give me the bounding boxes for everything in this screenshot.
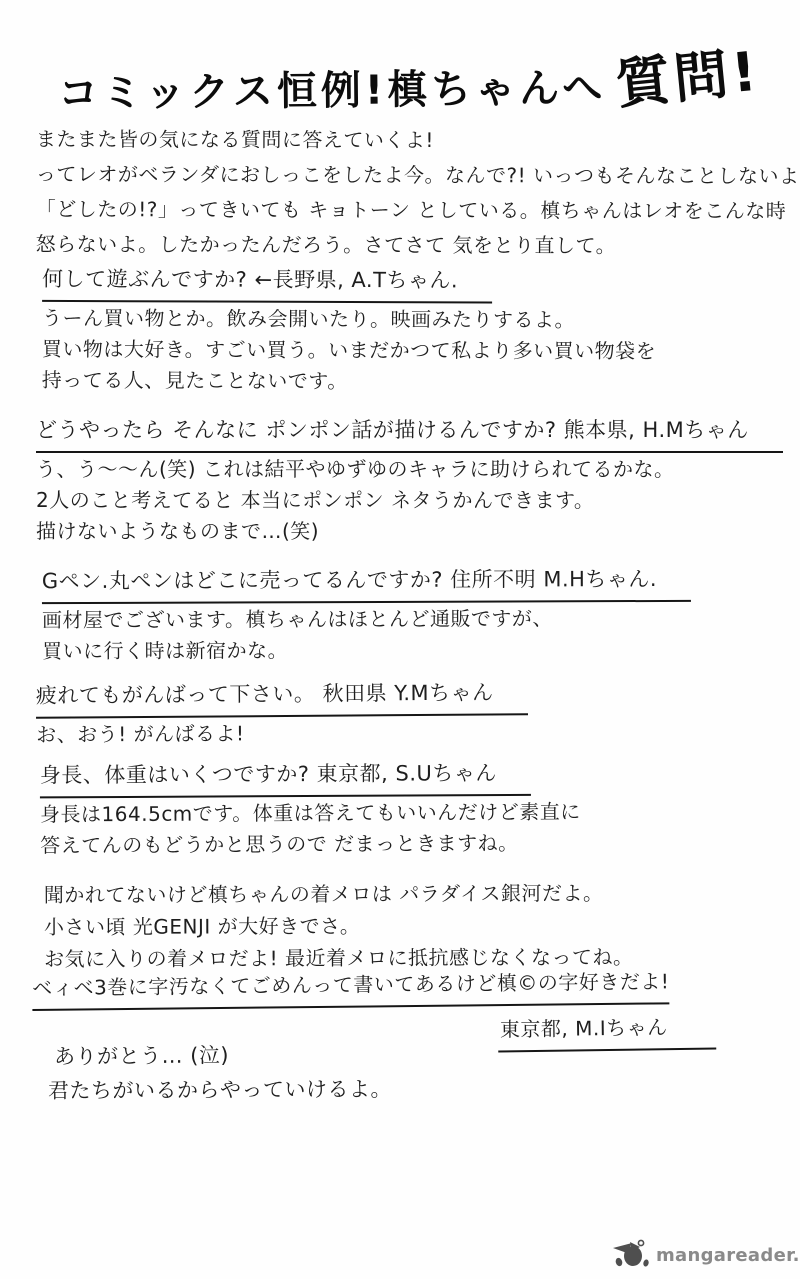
question-text: 何して遊ぶんですか? ←長野県, A.Tちゃん. xyxy=(42,263,492,304)
watermark: mangareader.net xyxy=(610,1238,800,1272)
question-text: 身長、体重はいくつですか? 東京都, S.Uちゃん xyxy=(40,757,531,799)
question-line: 身長、体重はいくつですか? 東京都, S.Uちゃん xyxy=(40,757,581,800)
page-title-main: コミックス恒例!槙ちゃんへ xyxy=(58,65,607,117)
question-text: 疲れてもがんばって下さい。 秋田県 Y.Mちゃん xyxy=(36,676,528,718)
answer-line: 答えてんのもどうかと思うので だまっときますね。 xyxy=(40,828,581,862)
qa-block: 疲れてもがんばって下さい。 秋田県 Y.Mちゃん お、おう! がんばるよ! xyxy=(36,676,528,750)
answer-line: う、う〜〜ん(笑) これは結平やゆずゆのキャラに助けられてるかな。 xyxy=(36,454,783,485)
intro-paragraph: またまた皆の気になる質問に答えていくよ! ってレオがベランダにおしっこをしたよ今… xyxy=(36,122,800,264)
answer-line: 2人のこと考えてると 本当にポンポン ネタうかんできます。 xyxy=(36,485,783,516)
question-text: どうやったら そんなに ポンポン話が描けるんですか? 熊本県, H.Mちゃん xyxy=(36,414,783,453)
attribution-text: 東京都, M.Iちゃん xyxy=(498,1010,716,1052)
fan-comment-text: ベィベ3巻に字汚なくてごめんって書いてあるけど槙©の字好きだよ! xyxy=(32,965,670,1011)
answer-line: お、おう! がんばるよ! xyxy=(36,716,528,750)
qa-block: 身長、体重はいくつですか? 東京都, S.Uちゃん 身長は164.5cmです。体… xyxy=(40,757,581,862)
mangareader-logo-icon xyxy=(610,1238,652,1272)
qa-block: どうやったら そんなに ポンポン話が描けるんですか? 熊本県, H.Mちゃん う… xyxy=(36,414,783,547)
closing-line: 君たちがいるからやっていけるよ。 xyxy=(48,1073,392,1105)
qa-block: Gペン.丸ペンはどこに売ってるんですか? 住所不明 M.Hちゃん. 画材屋でござ… xyxy=(42,563,692,667)
question-text: Gペン.丸ペンはどこに売ってるんですか? 住所不明 M.Hちゃん. xyxy=(42,563,691,604)
answer-line: 画材屋でございます。槙ちゃんはほとんど通販ですが、 xyxy=(42,603,691,636)
question-line: どうやったら そんなに ポンポン話が描けるんですか? 熊本県, H.Mちゃん xyxy=(36,414,783,454)
answer-line: うーん買い物とか。飲み会開いたり。映画みたりするよ。 xyxy=(42,303,656,336)
page-title: コミックス恒例!槙ちゃんへ質問! xyxy=(58,39,762,123)
answer-line: 身長は164.5cmです。体重は答えてもいいんだけど素直に xyxy=(40,797,581,831)
manga-scan-page: コミックス恒例!槙ちゃんへ質問! またまた皆の気になる質問に答えていくよ! って… xyxy=(0,0,800,1279)
free-talk-paragraph: 聞かれてないけど槙ちゃんの着メロは パラダイス銀河だよ。 小さい頃 光GENJI… xyxy=(44,877,634,975)
intro-line: ってレオがベランダにおしっこをしたよ今。なんで?! いっつもそんなことしないよ。 xyxy=(36,157,800,194)
intro-line: 「どしたの!?」ってきいても キョトーン としている。槙ちゃんはレオをこんな時 xyxy=(36,192,800,229)
closing-line: ありがとう… (泣) xyxy=(54,1039,229,1071)
answer-line: 買い物は大好き。すごい買う。いまだかつて私より多い買い物袋を xyxy=(42,334,656,367)
free-talk-line: 聞かれてないけど槙ちゃんの着メロは パラダイス銀河だよ。 xyxy=(44,877,633,911)
qa-block: 何して遊ぶんですか? ←長野県, A.Tちゃん. うーん買い物とか。飲み会開いた… xyxy=(42,263,657,398)
page-title-emphasis: 質問! xyxy=(612,29,763,120)
free-talk-line: 小さい頃 光GENJI が大好きでさ。 xyxy=(44,909,633,943)
fan-comment-line: ベィベ3巻に字汚なくてごめんって書いてあるけど槙©の字好きだよ! xyxy=(32,965,670,1011)
answer-line: 買いに行く時は新宿かな。 xyxy=(42,634,691,667)
question-line: 疲れてもがんばって下さい。 秋田県 Y.Mちゃん xyxy=(36,676,528,719)
fan-comment-attribution: 東京都, M.Iちゃん xyxy=(498,1010,716,1052)
intro-line: 怒らないよ。したかったんだろう。さてさて 気をとり直して。 xyxy=(36,227,800,264)
watermark-text: mangareader.net xyxy=(656,1245,800,1266)
question-line: 何して遊ぶんですか? ←長野県, A.Tちゃん. xyxy=(42,263,656,305)
answer-line: 描けないようなものまで…(笑) xyxy=(36,516,783,547)
answer-line: 持ってる人、見たことないです。 xyxy=(42,365,656,398)
question-line: Gペン.丸ペンはどこに売ってるんですか? 住所不明 M.Hちゃん. xyxy=(42,563,691,605)
intro-line: またまた皆の気になる質問に答えていくよ! xyxy=(36,122,800,159)
